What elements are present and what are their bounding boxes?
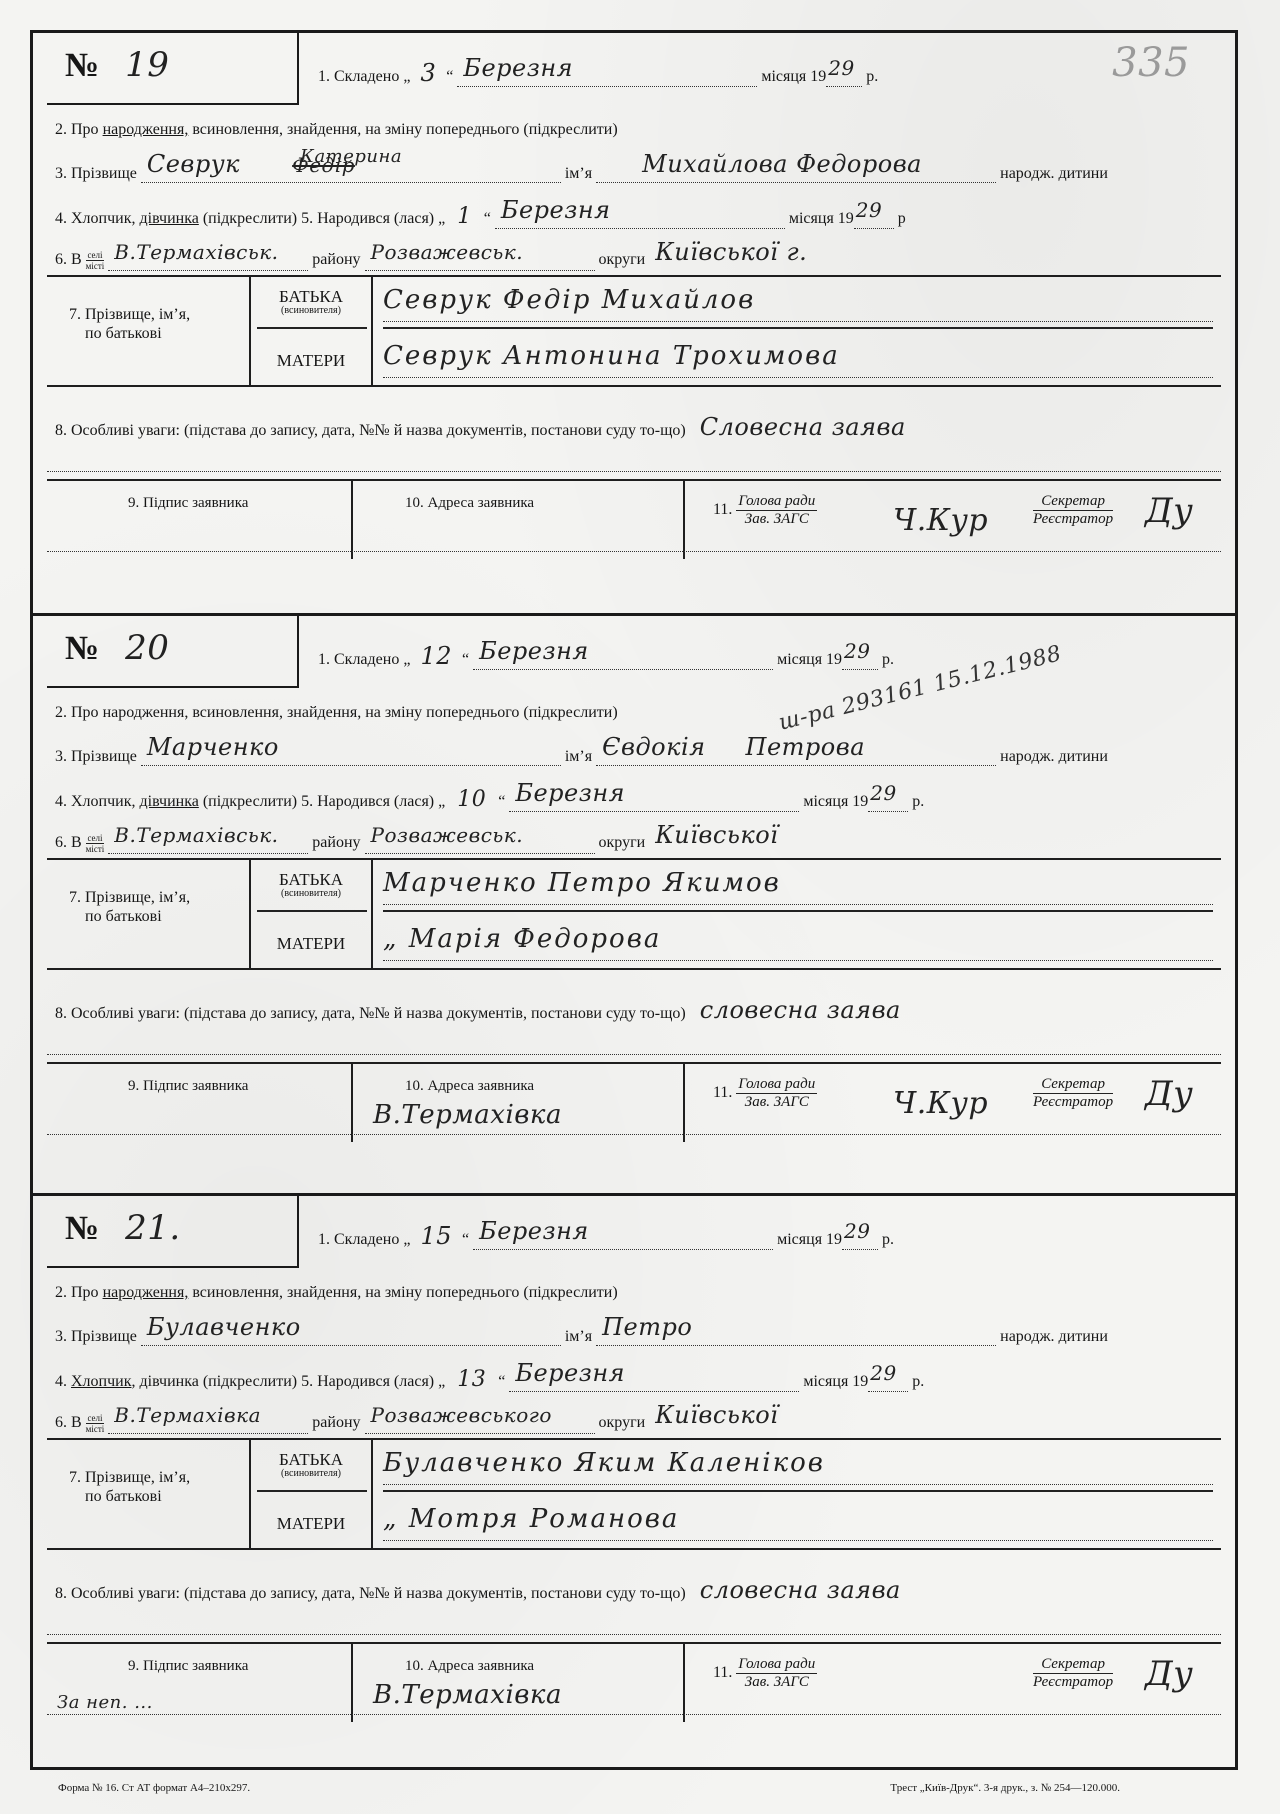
register-entry-2: № 20 1. Складено „ 12 “ Березня місяця 1… xyxy=(33,613,1235,1196)
about-option: знайдення, xyxy=(283,704,361,721)
number-sign: № xyxy=(65,1210,99,1247)
parents-label: 7. Прізвище, ім’я, по батькові xyxy=(69,1468,190,1506)
okruha-value: Київської xyxy=(655,821,778,849)
secretary-title-bottom: Реєстратор xyxy=(1033,1674,1113,1691)
surname-label: 3. Прізвище xyxy=(55,748,137,765)
month-label: місяця 19 xyxy=(789,210,854,227)
applicant-address-value: В.Термахівка xyxy=(373,1680,562,1710)
raion-field: Розважевськ. xyxy=(365,828,595,854)
notes-line xyxy=(47,1634,1221,1635)
father-field: Марченко Петро Якимов xyxy=(383,868,1213,905)
divider xyxy=(47,479,1221,481)
selo-option: селі xyxy=(86,1413,105,1424)
misti-option: місті xyxy=(86,844,105,854)
misti-option: місті xyxy=(86,1424,105,1434)
secretary-title: СекретарРеєстратор xyxy=(1033,1076,1113,1111)
about-option: всиновлення, xyxy=(188,704,283,721)
place-label: 6. В xyxy=(55,251,82,268)
year-suffix: р. xyxy=(866,68,878,85)
compiled-year: 29 xyxy=(844,1219,870,1243)
divider xyxy=(47,385,1221,387)
notes-value: словесна заява xyxy=(700,996,901,1024)
head-title-top: Голова ради xyxy=(736,1656,817,1674)
mother-value: „ Мотря Романова xyxy=(383,1504,679,1534)
surname-field: Булавченко xyxy=(141,1320,561,1346)
secretary-signature: Ду xyxy=(1145,491,1193,531)
divider xyxy=(47,968,1221,970)
quote-mark: “ xyxy=(462,651,469,668)
compiled-month-field: Березня xyxy=(457,61,757,87)
divider xyxy=(351,1062,353,1142)
parents-label-line1: 7. Прізвище, ім’я, xyxy=(69,888,190,907)
raion-value: Розважевськ. xyxy=(371,240,524,264)
signature-line xyxy=(47,551,1221,552)
born-year-field: 29 xyxy=(868,786,908,812)
compiled-month-field: Березня xyxy=(473,644,773,670)
father-value: Марченко Петро Якимов xyxy=(383,868,781,898)
mother-label: МАТЕРИ xyxy=(251,934,371,954)
divider xyxy=(371,275,373,385)
selo-misti-choice: селімісті xyxy=(86,833,105,854)
village-value: В.Термахівка xyxy=(114,1403,261,1427)
sex-label-part: 4. xyxy=(55,210,71,227)
raion-field: Розважевського xyxy=(365,1408,595,1434)
mother-value: Севрук Антонина Трохимова xyxy=(383,341,840,371)
sex-label: 4. Хлопчик, дівчинка (підкреслити) xyxy=(55,210,297,227)
surname-field: Марченко xyxy=(141,740,561,766)
born-month-field: Березня xyxy=(509,786,799,812)
parents-label-line2: по батькові xyxy=(69,1487,190,1506)
divider xyxy=(383,327,1213,329)
printer-footer: Трест „Київ-Друк“. 3-я друк., з. № 254—1… xyxy=(890,1782,1120,1794)
form-number-footer: Форма № 16. Ст АТ формат А4–210x297. xyxy=(58,1782,250,1794)
father-sublabel: (всиновителя) xyxy=(251,305,371,316)
officials-number: 11. xyxy=(713,501,732,518)
divider xyxy=(47,1548,1221,1550)
about-option: знайдення, xyxy=(283,121,361,138)
child-suffix: народж. дитини xyxy=(1000,165,1108,182)
about-hint: (підкреслити) xyxy=(523,121,617,138)
entry-number: 20 xyxy=(125,628,169,668)
applicant-signature-label: 9. Підпис заявника xyxy=(128,1078,248,1095)
month-label: місяця 19 xyxy=(803,793,868,810)
compiled-day: 3 xyxy=(420,59,436,87)
officials-number: 11. xyxy=(713,1084,732,1101)
about-option: на зміну попереднього xyxy=(361,1284,519,1301)
surname-value: Марченко xyxy=(147,733,279,761)
raion-label: району xyxy=(312,251,360,268)
secretary-title-top: Секретар xyxy=(1033,1076,1113,1094)
birth-register-form: № 19 1. Складено „ 3 “ Березня місяця 19… xyxy=(30,30,1238,1770)
about-option: всиновлення, xyxy=(188,1284,283,1301)
name-field: Михайлова Федорова xyxy=(596,157,996,183)
quote-mark: “ xyxy=(462,1231,469,1248)
born-month: Березня xyxy=(515,1359,625,1387)
place-label: 6. В xyxy=(55,834,82,851)
secretary-block: СекретарРеєстратор xyxy=(1033,493,1113,528)
parents-label-line1: 7. Прізвище, ім’я, xyxy=(69,1468,190,1487)
divider xyxy=(47,1438,1221,1440)
parents-label: 7. Прізвище, ім’я, по батькові xyxy=(69,888,190,926)
head-title: Голова радиЗав. ЗАГС xyxy=(736,1076,817,1111)
misti-option: місті xyxy=(86,261,105,271)
month-label: місяця 19 xyxy=(777,1231,842,1248)
about-label: 2. Про xyxy=(55,704,99,721)
compiled-month: Березня xyxy=(479,637,589,665)
head-title-top: Голова ради xyxy=(736,1076,817,1094)
father-label: БАТЬКА(всиновителя) xyxy=(251,1450,371,1479)
compiled-row: 1. Складено „ 12 “ Березня місяця 1929 р… xyxy=(318,642,1221,670)
compiled-row: 1. Складено „ 15 “ Березня місяця 1929 р… xyxy=(318,1222,1221,1250)
selo-misti-choice: селімісті xyxy=(86,1413,105,1434)
head-title-top: Голова ради xyxy=(736,493,817,511)
entry-number: 21. xyxy=(125,1208,181,1248)
born-label: 5. Народився (лася) „ xyxy=(301,793,445,810)
year-suffix: р. xyxy=(912,1373,924,1390)
secretary-title-bottom: Реєстратор xyxy=(1033,511,1113,528)
mother-value: „ Марія Федорова xyxy=(383,924,661,954)
about-option: народження, xyxy=(103,121,189,138)
child-suffix: народж. дитини xyxy=(1000,1328,1108,1345)
sex-label-part: Хлопчик xyxy=(71,1373,131,1390)
notes-line xyxy=(47,1054,1221,1055)
father-label: БАТЬКА(всиновителя) xyxy=(251,287,371,316)
notes-row: 8. Особливі уваги: (підстава до запису, … xyxy=(55,1576,1221,1604)
about-option: на зміну попереднього xyxy=(361,121,519,138)
head-title-bottom: Зав. ЗАГС xyxy=(736,1094,817,1111)
father-value: Булавченко Яким Каленіков xyxy=(383,1448,825,1478)
notes-row: 8. Особливі уваги: (підстава до запису, … xyxy=(55,996,1221,1024)
notes-line xyxy=(47,471,1221,472)
divider xyxy=(47,1642,1221,1644)
head-title-bottom: Зав. ЗАГС xyxy=(736,1674,817,1691)
head-signature: Ч.Кур xyxy=(893,1086,988,1121)
father-label-text: БАТЬКА xyxy=(279,1450,343,1469)
number-sign: № xyxy=(65,630,99,667)
secretary-title: СекретарРеєстратор xyxy=(1033,1656,1113,1691)
about-options: народження, всиновлення, знайдення, на з… xyxy=(103,121,520,138)
selo-option: селі xyxy=(86,833,105,844)
okruha-label: округи xyxy=(599,1414,646,1431)
entry-number-box: № 19 xyxy=(47,33,299,105)
compiled-month: Березня xyxy=(479,1217,589,1245)
name-value: Євдокія xyxy=(602,733,705,761)
name-crossed: Федір xyxy=(292,153,355,177)
okruha-label: округи xyxy=(599,251,646,268)
year-suffix: р. xyxy=(912,793,924,810)
place-row: 6. В селімісті В.Термахівськ. району Роз… xyxy=(55,828,1221,854)
compiled-year-field: 29 xyxy=(826,61,862,87)
month-label: місяця 19 xyxy=(803,1373,868,1390)
head-title: Голова радиЗав. ЗАГС xyxy=(736,493,817,528)
secretary-title-bottom: Реєстратор xyxy=(1033,1094,1113,1111)
month-label: місяця 19 xyxy=(777,651,842,668)
divider xyxy=(383,1490,1213,1492)
compiled-label: 1. Складено „ xyxy=(318,1231,410,1248)
about-option: народження, xyxy=(103,704,189,721)
notes-label: 8. Особливі уваги: (підстава до запису, … xyxy=(55,422,686,439)
mother-field: „ Марія Федорова xyxy=(383,924,1213,961)
signature-line xyxy=(47,1134,1221,1135)
divider xyxy=(257,1490,367,1492)
compiled-year: 29 xyxy=(844,639,870,663)
okruha-value: Київської xyxy=(655,1401,778,1429)
applicant-address-label: 10. Адреса заявника xyxy=(405,1658,534,1675)
sex-born-row: 4. Хлопчик, дівчинка (підкреслити) 5. На… xyxy=(55,203,1221,229)
entry-number-box: № 21. xyxy=(47,1196,299,1268)
sex-label: 4. Хлопчик, дівчинка (підкреслити) xyxy=(55,1373,297,1390)
surname-value: Севрук xyxy=(147,150,240,178)
sex-label-part: дівчинка xyxy=(139,210,198,227)
parents-label-line1: 7. Прізвище, ім’я, xyxy=(69,305,190,324)
born-day: 13 xyxy=(457,1367,486,1392)
divider xyxy=(351,1642,353,1722)
sex-label-part: 4. xyxy=(55,793,71,810)
about-row: 2. Про народження, всиновлення, знайденн… xyxy=(55,121,1221,139)
divider xyxy=(47,858,1221,860)
compiled-day: 12 xyxy=(420,642,452,670)
sex-label: 4. Хлопчик, дівчинка (підкреслити) xyxy=(55,793,297,810)
secretary-signature: Ду xyxy=(1145,1654,1193,1694)
compiled-year-field: 29 xyxy=(842,644,878,670)
quote-mark: “ xyxy=(484,210,491,227)
sex-label-part: 4. xyxy=(55,1373,71,1390)
head-title: Голова радиЗав. ЗАГС xyxy=(736,1656,817,1691)
compiled-year: 29 xyxy=(828,56,854,80)
applicant-address-value: В.Термахівка xyxy=(373,1100,562,1130)
sex-label-part: дівчинка xyxy=(139,1373,198,1390)
surname-row: 3. Прізвище Булавченко ім’я Петро народж… xyxy=(55,1320,1221,1346)
divider xyxy=(351,479,353,559)
mother-field: „ Мотря Романова xyxy=(383,1504,1213,1541)
surname-label: 3. Прізвище xyxy=(55,165,137,182)
parents-label-line2: по батькові xyxy=(69,907,190,926)
born-day: 10 xyxy=(457,787,486,812)
okruha-field: Київської xyxy=(649,1408,949,1434)
applicant-address-label: 10. Адреса заявника xyxy=(405,1078,534,1095)
applicant-signature-value: За неп. ... xyxy=(57,1692,153,1713)
about-row: 2. Про народження, всиновлення, знайденн… xyxy=(55,1284,1221,1302)
raion-label: району xyxy=(312,834,360,851)
sex-label-part: (підкреслити) xyxy=(199,1373,297,1390)
okruha-field: Київської xyxy=(649,828,949,854)
father-value: Севрук Федір Михайлов xyxy=(383,285,755,315)
quote-mark: “ xyxy=(498,1373,505,1390)
compiled-month-field: Березня xyxy=(473,1224,773,1250)
about-option: знайдення, xyxy=(283,1284,361,1301)
secretary-title-top: Секретар xyxy=(1033,493,1113,511)
number-sign: № xyxy=(65,47,99,84)
sex-label-part: дівчинка xyxy=(139,793,198,810)
register-entry-1: № 19 1. Складено „ 3 “ Березня місяця 19… xyxy=(33,33,1235,613)
sex-label-part: (підкреслити) xyxy=(199,793,297,810)
secretary-block: СекретарРеєстратор xyxy=(1033,1076,1113,1111)
village-field: В.Термахівка xyxy=(108,1408,308,1434)
head-title-bottom: Зав. ЗАГС xyxy=(736,511,817,528)
about-options: народження, всиновлення, знайдення, на з… xyxy=(103,704,520,721)
about-option: на зміну попереднього xyxy=(361,704,519,721)
sex-born-row: 4. Хлопчик, дівчинка (підкреслити) 5. На… xyxy=(55,1366,1221,1392)
father-field: Булавченко Яким Каленіков xyxy=(383,1448,1213,1485)
about-label: 2. Про xyxy=(55,121,99,138)
divider xyxy=(683,1642,685,1722)
selo-misti-choice: селімісті xyxy=(86,250,105,271)
surname-row: 3. Прізвище СеврукКатеринаФедір ім’я Мих… xyxy=(55,157,1221,183)
father-sublabel: (всиновителя) xyxy=(251,888,371,899)
applicant-signature-label: 9. Підпис заявника xyxy=(128,495,248,512)
okruha-label: округи xyxy=(599,834,646,851)
year-suffix: р. xyxy=(882,1231,894,1248)
about-option: народження, xyxy=(103,1284,189,1301)
born-year: 29 xyxy=(870,781,896,805)
about-row: 2. Про народження, всиновлення, знайденн… xyxy=(55,704,1221,722)
divider xyxy=(371,1438,373,1548)
mother-field: Севрук Антонина Трохимова xyxy=(383,341,1213,378)
divider xyxy=(383,910,1213,912)
notes-value: Словесна заява xyxy=(700,413,906,441)
secretary-title-top: Секретар xyxy=(1033,1656,1113,1674)
born-day: 1 xyxy=(457,204,472,229)
selo-option: селі xyxy=(86,250,105,261)
quote-mark: “ xyxy=(446,68,453,85)
officials-number: 11. xyxy=(713,1664,732,1681)
raion-value: Розважевськ. xyxy=(371,823,524,847)
surname-label: 3. Прізвище xyxy=(55,1328,137,1345)
born-month: Березня xyxy=(501,196,611,224)
notes-label: 8. Особливі уваги: (підстава до запису, … xyxy=(55,1585,686,1602)
village-field: В.Термахівськ. xyxy=(108,245,308,271)
father-label-text: БАТЬКА xyxy=(279,287,343,306)
father-label: БАТЬКА(всиновителя) xyxy=(251,870,371,899)
month-label: місяця 19 xyxy=(761,68,826,85)
about-option: всиновлення, xyxy=(188,121,283,138)
compiled-day: 15 xyxy=(420,1222,452,1250)
entry-number-box: № 20 xyxy=(47,616,299,688)
notes-label: 8. Особливі уваги: (підстава до запису, … xyxy=(55,1005,686,1022)
about-hint: (підкреслити) xyxy=(523,704,617,721)
name-label: ім’я xyxy=(565,1328,592,1345)
name-label: ім’я xyxy=(565,748,592,765)
applicant-address-label: 10. Адреса заявника xyxy=(405,495,534,512)
raion-value: Розважевського xyxy=(371,1403,552,1427)
sex-born-row: 4. Хлопчик, дівчинка (підкреслити) 5. На… xyxy=(55,786,1221,812)
father-field: Севрук Федір Михайлов xyxy=(383,285,1213,322)
surname-field: СеврукКатеринаФедір xyxy=(141,157,561,183)
raion-field: Розважевськ. xyxy=(365,245,595,271)
born-year-field: 29 xyxy=(854,203,894,229)
father-label-text: БАТЬКА xyxy=(279,870,343,889)
village-value: В.Термахівськ. xyxy=(114,823,278,847)
okruha-value: Київської г. xyxy=(655,238,807,266)
compiled-row: 1. Складено „ 3 “ Березня місяця 1929 р. xyxy=(318,59,1221,87)
surname-row: 3. Прізвище Марченко ім’я ЄвдокіяПетрова… xyxy=(55,740,1221,766)
officials-block: 11. Голова радиЗав. ЗАГС xyxy=(713,1656,817,1691)
secretary-block: СекретарРеєстратор xyxy=(1033,1656,1113,1691)
about-options: народження, всиновлення, знайдення, на з… xyxy=(103,1284,520,1301)
divider xyxy=(683,1062,685,1142)
name-value: Петро xyxy=(602,1313,692,1341)
divider xyxy=(683,479,685,559)
quote-mark: “ xyxy=(498,793,505,810)
okruha-field: Київської г. xyxy=(649,245,949,271)
notes-value: словесна заява xyxy=(700,1576,901,1604)
year-suffix: р xyxy=(898,210,906,227)
about-hint: (підкреслити) xyxy=(523,1284,617,1301)
place-row: 6. В селімісті В.Термахівськ. району Роз… xyxy=(55,245,1221,271)
born-label: 5. Народився (лася) „ xyxy=(301,1373,445,1390)
mother-label: МАТЕРИ xyxy=(251,1514,371,1534)
born-year-field: 29 xyxy=(868,1366,908,1392)
divider xyxy=(371,858,373,968)
divider xyxy=(257,327,367,329)
patronymic-value: Петрова xyxy=(746,733,865,761)
compiled-label: 1. Складено „ xyxy=(318,651,410,668)
signature-line xyxy=(47,1714,1221,1715)
divider xyxy=(47,275,1221,277)
name-label: ім’я xyxy=(565,165,592,182)
applicant-signature-label: 9. Підпис заявника xyxy=(128,1658,248,1675)
born-month-field: Березня xyxy=(509,1366,799,1392)
notes-row: 8. Особливі уваги: (підстава до запису, … xyxy=(55,413,1221,441)
place-label: 6. В xyxy=(55,1414,82,1431)
officials-block: 11. Голова радиЗав. ЗАГС xyxy=(713,493,817,528)
name-field: ЄвдокіяПетрова xyxy=(596,740,996,766)
born-month: Березня xyxy=(515,779,625,807)
secretary-title: СекретарРеєстратор xyxy=(1033,493,1113,528)
year-suffix: р. xyxy=(882,651,894,668)
compiled-year-field: 29 xyxy=(842,1224,878,1250)
compiled-month: Березня xyxy=(463,54,573,82)
raion-label: району xyxy=(312,1414,360,1431)
sex-label-part: (підкреслити) xyxy=(199,210,297,227)
parents-label-line2: по батькові xyxy=(69,324,190,343)
village-value: В.Термахівськ. xyxy=(114,240,278,264)
secretary-signature: Ду xyxy=(1145,1074,1193,1114)
born-year: 29 xyxy=(856,198,882,222)
father-sublabel: (всиновителя) xyxy=(251,1468,371,1479)
sex-label-part: Хлопчик xyxy=(71,210,131,227)
parents-label: 7. Прізвище, ім’я, по батькові xyxy=(69,305,190,343)
village-field: В.Термахівськ. xyxy=(108,828,308,854)
register-entry-3: № 21. 1. Складено „ 15 “ Березня місяця … xyxy=(33,1193,1235,1776)
divider xyxy=(257,910,367,912)
born-month-field: Березня xyxy=(495,203,785,229)
place-row: 6. В селімісті В.Термахівка району Розва… xyxy=(55,1408,1221,1434)
compiled-label: 1. Складено „ xyxy=(318,68,410,85)
surname-value: Булавченко xyxy=(147,1313,301,1341)
born-label: 5. Народився (лася) „ xyxy=(301,210,445,227)
patronymic-value: Михайлова Федорова xyxy=(642,150,922,178)
name-field: Петро xyxy=(596,1320,996,1346)
head-signature: Ч.Кур xyxy=(893,503,988,538)
born-year: 29 xyxy=(870,1361,896,1385)
child-suffix: народж. дитини xyxy=(1000,748,1108,765)
entry-number: 19 xyxy=(125,45,169,85)
divider xyxy=(47,1062,1221,1064)
sex-label-part: Хлопчик xyxy=(71,793,131,810)
mother-label: МАТЕРИ xyxy=(251,351,371,371)
about-label: 2. Про xyxy=(55,1284,99,1301)
officials-block: 11. Голова радиЗав. ЗАГС xyxy=(713,1076,817,1111)
